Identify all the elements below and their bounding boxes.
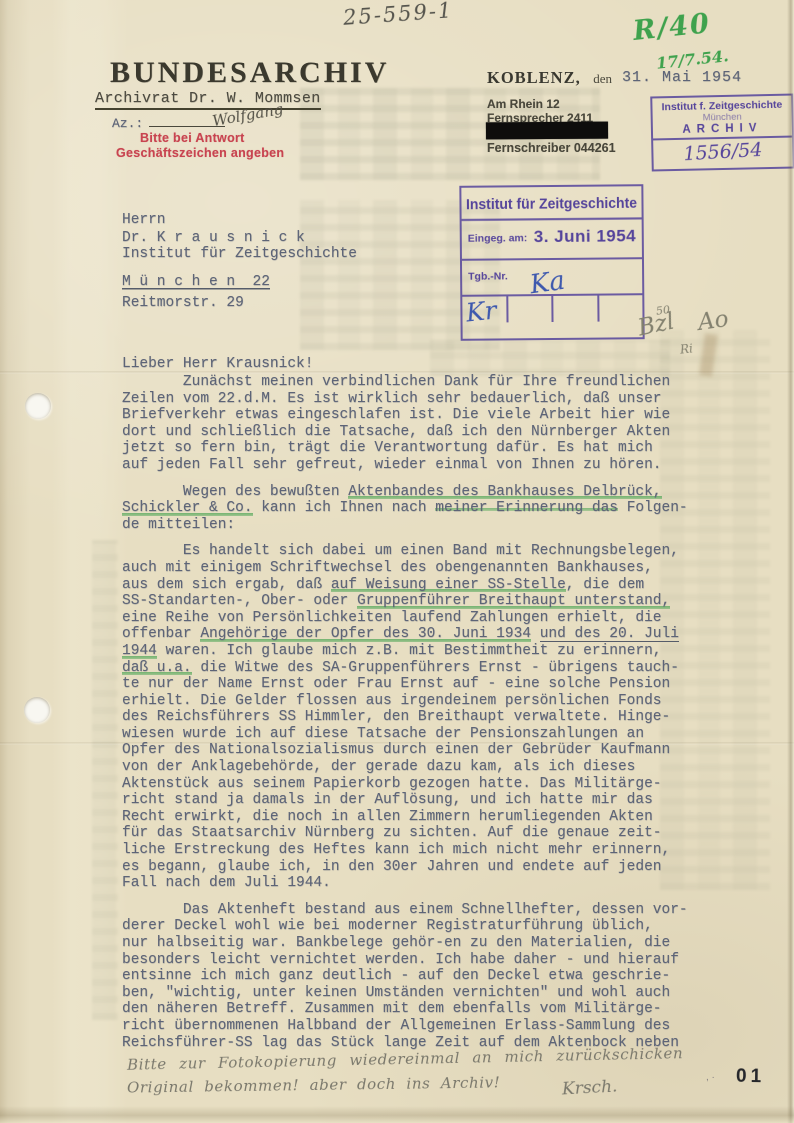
paragraph: Zunächst meinen verbindlichen Dank für I… [122,374,722,474]
letter-line: dort und schließlich die Tatsache, daß i… [122,424,722,441]
letter-line: te nur der Name Ernst oder Frau Ernst au… [122,676,722,693]
scanned-letter-page: 25-559-1 R/40 17/7.54. BUNDESARCHIV Arch… [0,0,794,1123]
grid-cell [553,296,599,322]
letterhead-org-title: BUNDESARCHIV [110,56,389,90]
green-marker-text: Gruppenführer Breithaupt unterstand, [357,593,670,609]
paragraph: Das Aktenheft bestand aus einem Schnellh… [122,902,722,1051]
received-label: Eingeg. am: [468,232,528,245]
grid-cell-handwriting: Kr [465,295,499,327]
pencil-note-fragment: Ao [696,306,730,336]
letter-line: Das Aktenheft bestand aus einem Schnellh… [122,902,722,919]
az-row: Az.: [112,116,225,131]
sender-telex: Fernschreiber 044261 [487,141,616,155]
city-den-label: den [593,71,612,86]
green-marker-text: Schickler & Co. [122,500,253,516]
letter-line: auf jeden Fall sehr gefreut, wieder einm… [122,457,722,474]
page-edge-right [787,0,794,1123]
receipt-received-row: Eingeg. am: 3. Juni 1954 [462,218,642,261]
letter-line: nur halbseitig war. Bankbelege gehör-en … [122,935,722,952]
red-instruction-line1: Bitte bei Antwort [140,131,245,145]
letter-line: für das Staatsarchiv Nürnberg zu sichten… [122,825,722,842]
letter-body: Zunächst meinen verbindlichen Dank für I… [122,374,722,1061]
redaction-bar [486,122,608,140]
punch-hole [24,697,50,723]
bleedthrough-texture [92,540,118,1020]
recipient-city-underlined: M ü n c h e n 22 [122,274,270,290]
tgb-number-handwriting: Ka [528,266,567,301]
pencil-note-fragment: Ri [679,341,693,356]
letter-line: wiesen wurde ich auf diese Tatsache der … [122,726,722,743]
ink-underlined-text: und des 20. Juli [540,626,679,642]
letter-line: auch mit einigem Schriftwechsel des oben… [122,560,722,577]
letter-line: aus dem sich ergab, daß auf Weisung eine… [122,577,722,594]
letter-line: SS-Standarten-, Ober- oder Gruppenführer… [122,593,722,610]
az-blank-line [149,126,225,127]
letter-line: es begann, glaube ich, in den 30er Jahre… [122,859,722,876]
recipient-line: Dr. K r a u s n i c k [122,230,357,247]
letter-line: 1944 waren. Ich glaube mich z.B. mit Bes… [122,643,722,660]
letter-line: liche Erstreckung des Heftes kann ich mi… [122,842,722,859]
green-pen-note-ref: R/40 [632,8,713,47]
letter-line: daß u.a. die Witwe des SA-Gruppenführers… [122,660,722,677]
letter-line: de mitteilen: [122,517,722,534]
letter-line: von der Anklagebehörde, der gerade dazu … [122,759,722,776]
footer-handwriting-line2: Original bekommen! aber doch ins Archiv! [127,1073,501,1096]
page-edge-bottom [0,1106,794,1123]
letter-line: eine Reihe von Persönlichkeiten laufend … [122,610,722,627]
receipt-stamp-title: Institut für Zeitgeschichte [461,185,641,221]
recipient-block: Herrn Dr. K r a u s n i c k Institut für… [122,212,357,312]
sender-street: Am Rhein 12 [487,97,560,111]
letter-line: Es handelt sich dabei um einen Band mit … [122,543,722,560]
letter-line: Schickler & Co. kann ich Ihnen nach mein… [122,500,722,517]
paragraph: Es handelt sich dabei um einen Band mit … [122,543,722,891]
letter-line: richt übernommenen Halbband der Allgemei… [122,1018,722,1035]
letter-line: entsinne ich mich ganz deutlich - auf de… [122,968,722,985]
letter-line: den näheren Betreff. Zusammen mit dem eb… [122,1001,722,1018]
letterhead-signer: Archivrat Dr. W. Mommsen [95,90,321,110]
letter-line: Zeilen vom 22.d.M. Es ist wirklich sehr … [122,391,722,408]
punch-hole [25,393,51,419]
letter-line: Briefverkehr etwas eingeschlafen ist. Di… [122,407,722,424]
green-marker-text: daß u.a. [122,660,192,676]
letter-line: derer Deckel wohl wie bei moderner Regis… [122,918,722,935]
letter-line: ben, "wichtig, unter keinen Umständen ve… [122,985,722,1002]
az-label: Az.: [112,116,143,131]
green-marker-text: meiner Erinnerung das [435,500,618,516]
city-label: KOBLENZ, [487,68,581,87]
recipient-line: M ü n c h e n 22 [122,274,357,291]
archive-stamp: Institut f. Zeitgeschichte München ARCHI… [650,94,794,172]
letter-line: erhielt. Die Gelder flossen aus irgendei… [122,693,722,710]
letter-line: offenbar Angehörige der Opfer des 30. Ju… [122,626,722,643]
letter-line: Fall nach dem Juli 1944. [122,875,722,892]
letter-line: besonders leicht vernichtet werden. Ich … [122,952,722,969]
page-number-stamp: 01 [736,1066,766,1089]
recipient-line: Herrn [122,212,357,229]
letter-line: jetzt so fern bin, trägt die Verantwortu… [122,440,722,457]
letter-line: des Reichsführers SS Himmler, den Breith… [122,709,722,726]
tgb-label: Tgb.-Nr. [468,270,508,282]
recipient-line: Reitmorstr. 29 [122,295,357,312]
green-marker-text: Angehörige der Opfer des 30. Juni 1934 [200,626,531,642]
letter-line: Opfer des Nationalsozialismus durch eine… [122,742,722,759]
grid-cell [508,296,554,322]
green-marker-text: auf Weisung einer SS-Stelle [331,577,566,593]
green-marker-text: Aktenbandes des Bankhauses Delbrück, [348,484,661,500]
ink-specks: , · [706,1072,715,1083]
typed-date: 31. Mai 1954 [622,69,742,86]
archive-stamp-number: 1556/54 [653,137,793,167]
recipient-line: Institut für Zeitgeschichte [122,246,357,263]
received-date: 3. Juni 1954 [534,226,637,247]
letter-line: Wegen des bewußten Aktenbandes des Bankh… [122,484,722,501]
city-date-row: KOBLENZ, den [487,68,612,88]
top-reference-handwriting: 25-559-1 [342,0,454,30]
green-marker-text: 1944 [122,643,157,659]
salutation: Lieber Herr Krausnick! [122,356,313,373]
letter-line: Recht erwirkt, die noch in allen Zimmern… [122,809,722,826]
red-instruction-line2: Geschäftszeichen angeben [116,146,284,160]
letter-line: richt stand ja damals in der Auflösung, … [122,792,722,809]
footer-signature-handwriting: Krsch. [562,1077,618,1100]
letter-line: Zunächst meinen verbindlichen Dank für I… [122,374,722,391]
letter-line: Aktenstück aus seinem Papierkorb gezogen… [122,776,722,793]
paragraph: Wegen des bewußten Aktenbandes des Bankh… [122,484,722,534]
